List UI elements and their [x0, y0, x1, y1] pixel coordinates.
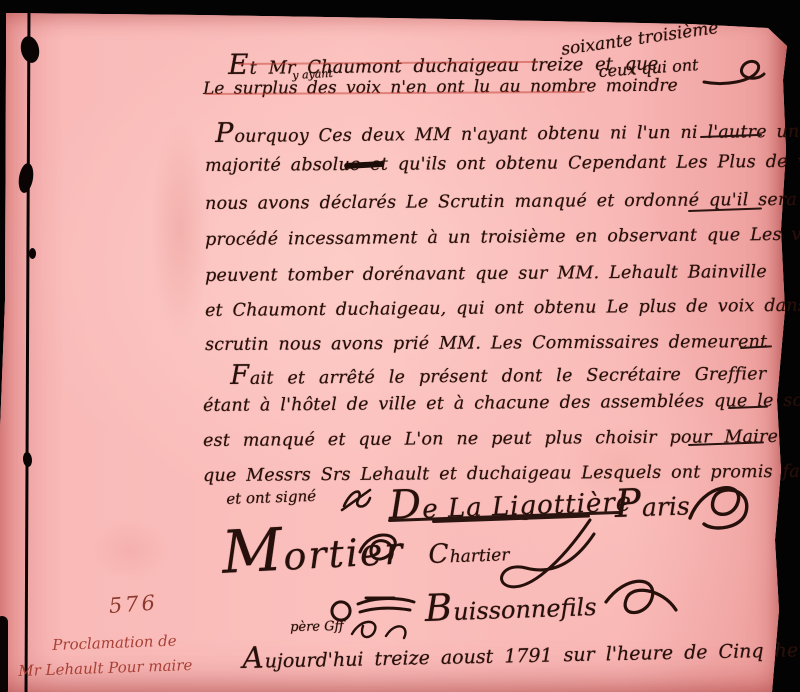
signature-buissonnefils: Buissonnefils	[424, 580, 597, 630]
manuscript-line: est manqué et que L'on ne peut plus choi…	[203, 427, 778, 451]
folio-number: 576	[108, 591, 159, 618]
mortier-paraph-flourish	[356, 526, 410, 578]
signature-paris: Paris	[614, 479, 690, 527]
buissonnefils-paraph-flourish	[600, 568, 684, 636]
manuscript-line: Pourquoy Ces deux MM n'ayant obtenu ni l…	[215, 113, 800, 149]
binding-knot	[29, 248, 36, 259]
signature-intro: et ont signé	[226, 487, 316, 508]
interline-paraph-flourish	[702, 52, 766, 96]
paris-paraph-flourish	[686, 476, 758, 538]
manuscript-line: peuvent tomber dorénavant que sur MM. Le…	[205, 262, 767, 286]
page-edge-mark	[0, 616, 8, 692]
manuscript-line: scrutin nous avons prié MM. Les Commissa…	[205, 332, 767, 355]
manuscript-line: Fait et arrêté le présent dont le Secrét…	[230, 355, 766, 391]
manuscript-line: Le surplus des voix n'en ont lu au nombr…	[203, 76, 678, 99]
signature-pere-gff: père Gff	[290, 619, 344, 635]
manuscript-scan: Et Mr Chaumont duchaigeau treize et que …	[0, 0, 800, 692]
manuscript-line: majorité absolue et qu'ils ont obtenu Ce…	[205, 152, 800, 176]
